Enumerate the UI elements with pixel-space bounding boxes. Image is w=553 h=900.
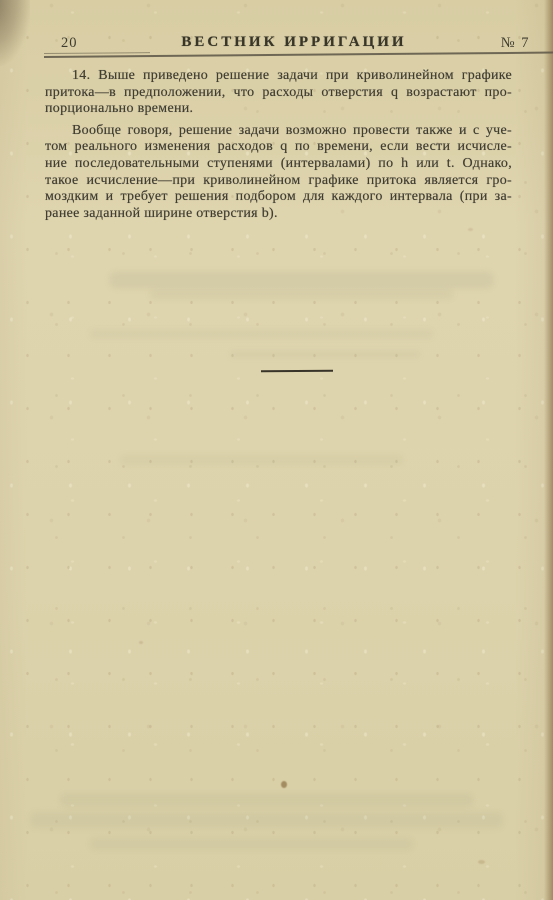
text-line: моздким и требует решения подбором для к… <box>45 189 512 206</box>
journal-title: ВЕСТНИК ИРРИГАЦИИ <box>35 34 553 51</box>
paper-speck <box>139 641 143 644</box>
page-edge-shadow <box>544 0 553 900</box>
text-line: 14. Выше приведено решение задачи при кр… <box>45 68 512 85</box>
paper-speck <box>478 860 485 864</box>
showthrough-band <box>150 289 453 299</box>
text-line: такое исчисление—при криволинейном графи… <box>45 173 512 190</box>
header-rule-secondary <box>44 52 150 54</box>
text-line: Вообще говоря, решение задачи возможно п… <box>45 123 512 140</box>
issue-number: № 7 <box>501 35 530 52</box>
showthrough-band <box>110 272 493 288</box>
paper-speck <box>468 228 473 231</box>
showthrough-band <box>30 812 503 828</box>
text-line: порционально времени. <box>45 101 512 118</box>
paragraph-2: Вообще говоря, решение задачи возможно п… <box>45 123 512 223</box>
text-line: ние последовательными ступенями (интерва… <box>45 156 512 173</box>
page-header: 20 ВЕСТНИК ИРРИГАЦИИ № 7 <box>0 33 553 53</box>
article-text: 14. Выше приведено решение задачи при кр… <box>45 68 512 222</box>
section-divider <box>261 369 333 371</box>
scanned-page: 20 ВЕСТНИК ИРРИГАЦИИ № 7 14. Выше привед… <box>0 0 553 900</box>
showthrough-band <box>230 351 420 358</box>
showthrough-band <box>90 330 433 338</box>
text-line: ранее заданной ширине отверстия b). <box>45 206 512 223</box>
paper-speck <box>281 781 287 788</box>
text-line: притока—в предположении, что расходы отв… <box>45 85 512 102</box>
showthrough-band <box>120 455 403 465</box>
showthrough-band <box>90 838 413 850</box>
text-line: том реального изменения расходов q по вр… <box>45 139 512 156</box>
paragraph-1: 14. Выше приведено решение задачи при кр… <box>45 68 512 118</box>
showthrough-band <box>60 793 473 807</box>
